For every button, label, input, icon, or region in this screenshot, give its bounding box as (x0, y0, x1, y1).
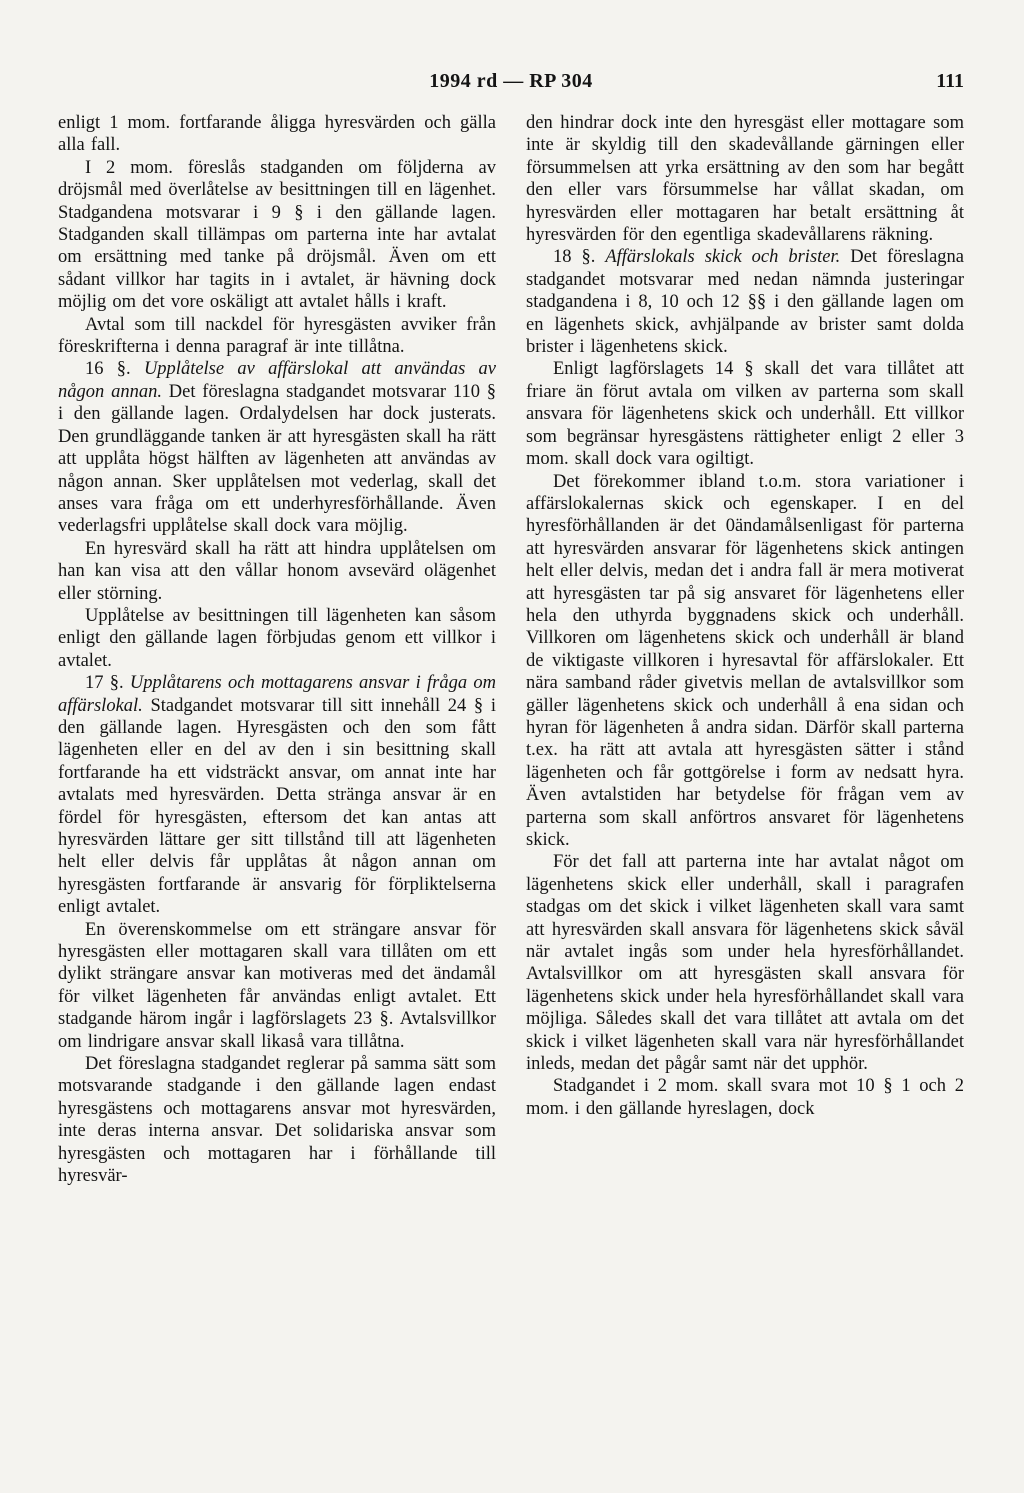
section-title: Affärslokals skick och brister. (605, 247, 840, 267)
section-ref: 17 §. (85, 673, 130, 693)
page-number: 111 (936, 70, 964, 93)
paragraph-text: Enligt lagförslagets 14 § skall det vara… (526, 359, 964, 469)
text-columns: enligt 1 mom. fortfarande åligga hyresvä… (58, 112, 964, 1188)
paragraph-text: den hindrar dock inte den hyresgäst elle… (526, 113, 964, 245)
paragraph: En hyresvärd skall ha rätt att hindra up… (58, 538, 496, 605)
paragraph-text: Det föreslagna stadgandet motsvarar 110 … (58, 382, 496, 536)
paragraph-text: Det förekommer ibland t.o.m. stora varia… (526, 472, 964, 851)
paragraph-text: Upplåtelse av besittningen till lägenhet… (58, 606, 496, 671)
paragraph: Upplåtelse av besittningen till lägenhet… (58, 605, 496, 672)
paragraph: Enligt lagförslagets 14 § skall det vara… (526, 358, 964, 470)
paragraph: Avtal som till nackdel för hyresgästen a… (58, 314, 496, 359)
paragraph: 16 §. Upplåtelse av affärslokal att anvä… (58, 358, 496, 537)
paragraph-text: En överenskommelse om ett strängare ansv… (58, 920, 496, 1052)
paragraph-text: Det föreslagna stadgandet reglerar på sa… (58, 1054, 496, 1186)
paragraph: 17 §. Upplåtarens och mottagarens ansvar… (58, 672, 496, 918)
paragraph-text: enligt 1 mom. fortfarande åligga hyresvä… (58, 113, 496, 155)
running-title: 1994 rd — RP 304 (58, 70, 964, 93)
paragraph: Det förekommer ibland t.o.m. stora varia… (526, 471, 964, 852)
paragraph-text: Stadgandet i 2 mom. skall svara mot 10 §… (526, 1076, 964, 1118)
paragraph-text: Stadgandet motsvarar till sitt innehåll … (58, 696, 496, 918)
section-ref: 18 §. (553, 247, 605, 267)
paragraph-text: I 2 mom. föreslås stadganden om följdern… (58, 158, 496, 312)
paragraph: enligt 1 mom. fortfarande åligga hyresvä… (58, 112, 496, 157)
paragraph-text: För det fall att parterna inte har avtal… (526, 852, 964, 1074)
paragraph-text: Avtal som till nackdel för hyresgästen a… (58, 315, 496, 357)
paragraph-text: En hyresvärd skall ha rätt att hindra up… (58, 539, 496, 604)
page-header: 1994 rd — RP 304 111 (58, 70, 964, 96)
paragraph: Stadgandet i 2 mom. skall svara mot 10 §… (526, 1075, 964, 1120)
paragraph: Det föreslagna stadgandet reglerar på sa… (58, 1053, 496, 1187)
paragraph: En överenskommelse om ett strängare ansv… (58, 919, 496, 1053)
paragraph: den hindrar dock inte den hyresgäst elle… (526, 112, 964, 246)
paragraph: I 2 mom. föreslås stadganden om följdern… (58, 157, 496, 314)
document-page: 1994 rd — RP 304 111 enligt 1 mom. fortf… (0, 0, 1024, 1493)
column-right: den hindrar dock inte den hyresgäst elle… (526, 112, 964, 1188)
column-left: enligt 1 mom. fortfarande åligga hyresvä… (58, 112, 496, 1188)
paragraph: För det fall att parterna inte har avtal… (526, 851, 964, 1075)
section-ref: 16 §. (85, 359, 144, 379)
paragraph: 18 §. Affärslokals skick och brister. De… (526, 246, 964, 358)
